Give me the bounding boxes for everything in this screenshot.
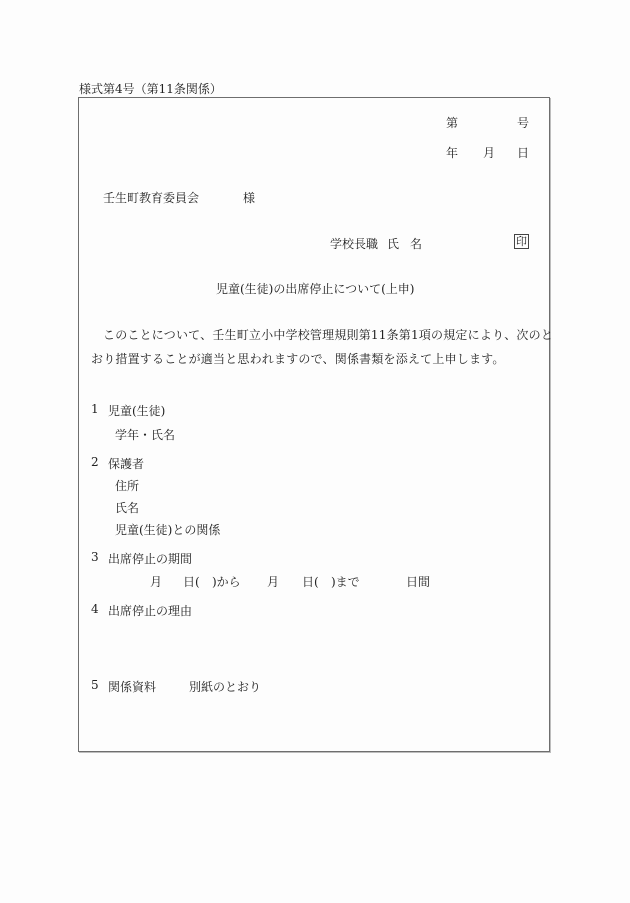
document-title: 児童(生徒)の出席停止について(上申) — [216, 280, 415, 297]
number-prefix: 第 — [446, 114, 458, 131]
period-days: 日間 — [406, 573, 430, 590]
section-2-title: 保護者 — [108, 455, 144, 472]
period-from-month: 月 — [150, 573, 162, 590]
sender-title: 学校長職 — [330, 235, 378, 252]
sender-name-label-1: 氏 — [387, 235, 399, 252]
seal-icon: 印 — [514, 234, 529, 249]
date-day: 日 — [517, 144, 529, 161]
section-2-field-address: 住所 — [115, 477, 139, 494]
section-5-title: 関係資料 — [108, 678, 156, 695]
sender-name-label-2: 名 — [410, 235, 422, 252]
seal-mark: 印 — [514, 234, 529, 249]
date-month: 月 — [483, 144, 495, 161]
section-5-value: 別紙のとおり — [189, 678, 261, 695]
section-2-field-relationship: 児童(生徒)との関係 — [115, 521, 220, 538]
period-to-month: 月 — [267, 573, 279, 590]
section-1-number: 1 — [91, 402, 99, 416]
section-3-number: 3 — [91, 550, 99, 564]
number-suffix: 号 — [517, 114, 529, 131]
section-5-number: 5 — [91, 678, 99, 692]
section-2-number: 2 — [91, 455, 99, 469]
addressee-name: 壬生町教育委員会 — [103, 189, 199, 206]
period-to-day: 日( — [302, 573, 319, 590]
section-1-title: 児童(生徒) — [108, 402, 165, 419]
section-1-field-grade-name: 学年・氏名 — [115, 426, 175, 443]
body-line-2: おり措置することが適当と思われますので、関係書類を添えて上申します。 — [91, 350, 505, 367]
period-from-close: )から — [212, 573, 241, 590]
body-line-1: このことについて、壬生町立小中学校管理規則第11条第1項の規定により、次のと — [103, 326, 553, 343]
section-2-field-name: 氏名 — [115, 499, 139, 516]
section-4-title: 出席停止の理由 — [108, 602, 192, 619]
period-from-day: 日( — [183, 573, 200, 590]
date-year: 年 — [446, 144, 458, 161]
addressee-honorific: 様 — [243, 189, 255, 206]
section-3-title: 出席停止の期間 — [108, 550, 192, 567]
period-to-close: )まで — [331, 573, 360, 590]
form-number-label: 様式第4号（第11条関係） — [79, 80, 222, 97]
section-4-number: 4 — [91, 602, 99, 616]
